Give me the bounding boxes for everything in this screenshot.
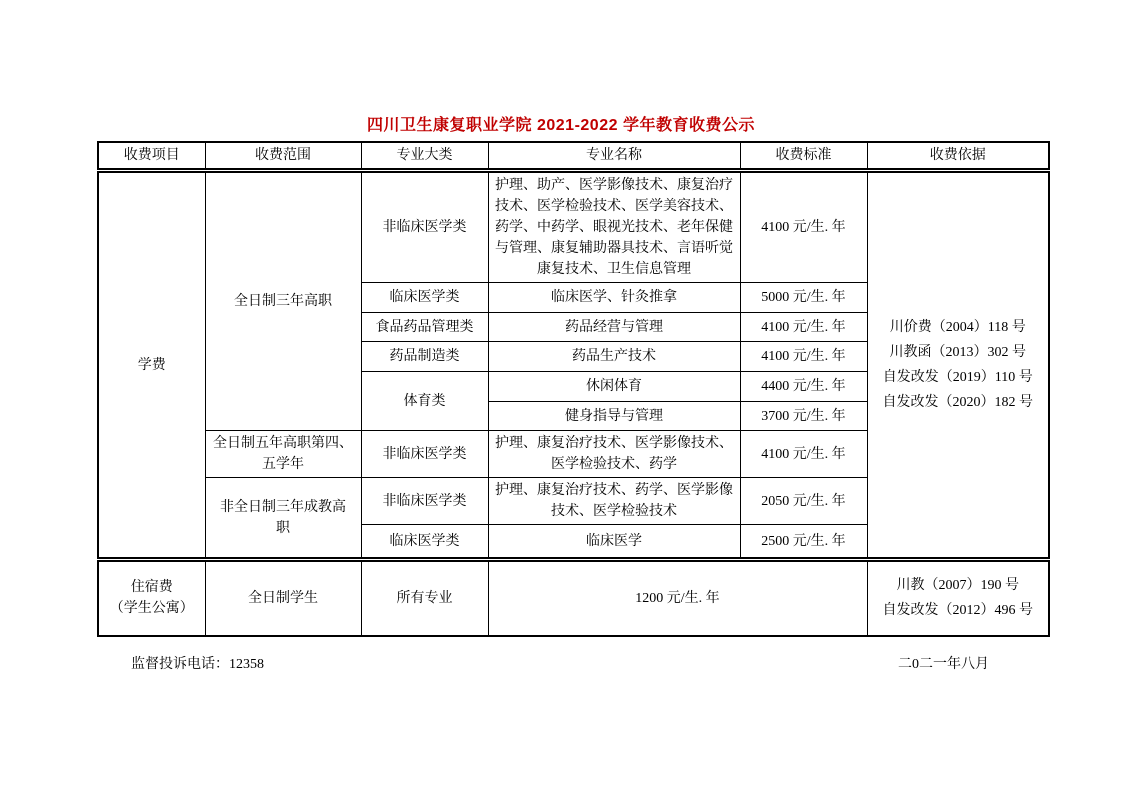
basis-line: 自发改发（2019）110 号 [873, 365, 1044, 390]
fee-basis-cell: 川价费（2004）118 号 川教函（2013）302 号 自发改发（2019）… [867, 171, 1049, 560]
basis-line: 自发改发（2012）496 号 [873, 598, 1044, 623]
fee-standard-cell: 1200 元/生. 年 [488, 560, 867, 636]
category-cell: 非临床医学类 [361, 431, 488, 478]
fee-item-cell: 住宿费 （学生公寓） [98, 560, 205, 636]
fee-standard-cell: 4100 元/生. 年 [740, 431, 867, 478]
fee-scope-cell: 全日制三年高职 [205, 171, 361, 431]
column-header-item: 收费项目 [98, 142, 205, 171]
column-header-majors: 专业名称 [488, 142, 740, 171]
basis-line: 自发改发（2020）182 号 [873, 390, 1044, 415]
column-header-scope: 收费范围 [205, 142, 361, 171]
footer: 监督投诉电话：12358 二0二一年八月 [97, 653, 1025, 673]
basis-line: 川价费（2004）118 号 [873, 315, 1044, 340]
majors-cell: 护理、康复治疗技术、药学、医学影像技术、医学检验技术 [488, 478, 740, 525]
page-title: 四川卫生康复职业学院 2021-2022 学年教育收费公示 [0, 112, 1122, 135]
fee-item-line: 住宿费 [104, 577, 200, 598]
fee-standard-cell: 4100 元/生. 年 [740, 313, 867, 342]
majors-cell: 健身指导与管理 [488, 402, 740, 431]
category-cell: 药品制造类 [361, 342, 488, 372]
fee-standard-cell: 2050 元/生. 年 [740, 478, 867, 525]
category-cell: 食品药品管理类 [361, 313, 488, 342]
complaint-hotline: 监督投诉电话：12358 [131, 653, 264, 673]
category-cell: 体育类 [361, 372, 488, 431]
column-header-category: 专业大类 [361, 142, 488, 171]
fee-scope-cell: 全日制五年高职第四、 五学年 [205, 431, 361, 478]
table-row: 学费 全日制三年高职 非临床医学类 护理、助产、医学影像技术、康复治疗技术、医学… [98, 171, 1049, 283]
majors-cell: 临床医学、针灸推拿 [488, 283, 740, 313]
fee-standard-cell: 4100 元/生. 年 [740, 171, 867, 283]
majors-cell: 药品经营与管理 [488, 313, 740, 342]
document-page: 四川卫生康复职业学院 2021-2022 学年教育收费公示 收费项目 收费范围 … [0, 0, 1122, 793]
table-header-row: 收费项目 收费范围 专业大类 专业名称 收费标准 收费依据 [98, 142, 1049, 171]
fee-standard-cell: 5000 元/生. 年 [740, 283, 867, 313]
fee-scope-cell: 全日制学生 [205, 560, 361, 636]
fee-item-line: （学生公寓） [104, 598, 200, 619]
majors-cell: 护理、助产、医学影像技术、康复治疗技术、医学检验技术、医学美容技术、药学、中药学… [488, 171, 740, 283]
fee-standard-cell: 4400 元/生. 年 [740, 372, 867, 402]
category-cell: 所有专业 [361, 560, 488, 636]
fee-item-cell: 学费 [98, 171, 205, 560]
document-date: 二0二一年八月 [898, 653, 989, 673]
category-cell: 临床医学类 [361, 525, 488, 560]
column-header-basis: 收费依据 [867, 142, 1049, 171]
majors-cell: 休闲体育 [488, 372, 740, 402]
majors-cell: 药品生产技术 [488, 342, 740, 372]
fee-standard-cell: 4100 元/生. 年 [740, 342, 867, 372]
fee-basis-cell: 川教（2007）190 号 自发改发（2012）496 号 [867, 560, 1049, 636]
column-header-standard: 收费标准 [740, 142, 867, 171]
basis-line: 川教函（2013）302 号 [873, 340, 1044, 365]
category-cell: 非临床医学类 [361, 478, 488, 525]
fee-table: 收费项目 收费范围 专业大类 专业名称 收费标准 收费依据 学费 全日制三年高职… [97, 141, 1050, 637]
fee-standard-cell: 2500 元/生. 年 [740, 525, 867, 560]
category-cell: 临床医学类 [361, 283, 488, 313]
table-row: 住宿费 （学生公寓） 全日制学生 所有专业 1200 元/生. 年 川教（200… [98, 560, 1049, 636]
category-cell: 非临床医学类 [361, 171, 488, 283]
majors-cell: 护理、康复治疗技术、医学影像技术、医学检验技术、药学 [488, 431, 740, 478]
fee-standard-cell: 3700 元/生. 年 [740, 402, 867, 431]
majors-cell: 临床医学 [488, 525, 740, 560]
basis-line: 川教（2007）190 号 [873, 573, 1044, 598]
fee-scope-cell: 非全日制三年成教高 职 [205, 478, 361, 560]
